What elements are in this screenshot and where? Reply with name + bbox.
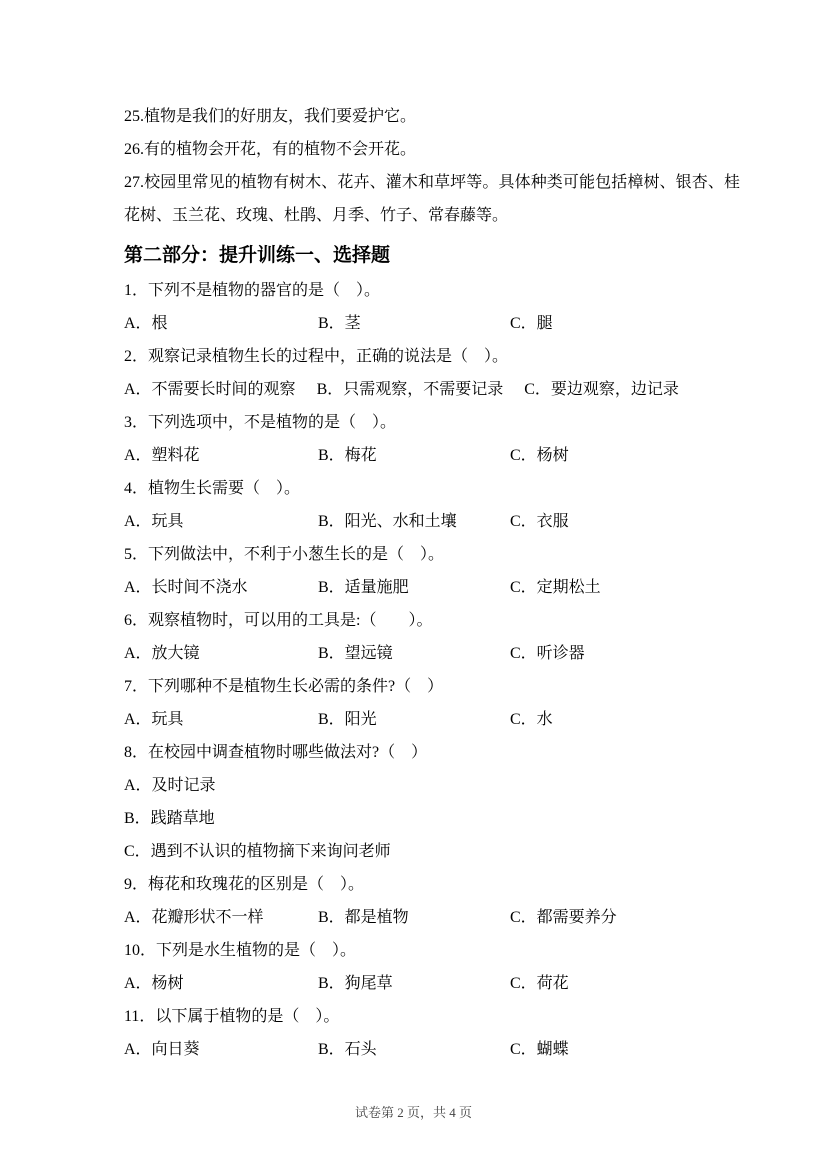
- section-header: 第二部分：提升训练一、选择题: [124, 238, 740, 274]
- option: A．根: [124, 307, 318, 340]
- option: A．向日葵: [124, 1033, 318, 1066]
- question-stem: 3．下列选项中，不是植物的是（ ）。: [124, 406, 740, 439]
- option: C．定期松土: [510, 571, 740, 604]
- option: A．玩具: [124, 703, 318, 736]
- exam-content: 25.植物是我们的好朋友，我们要爱护它。26.有的植物会开花，有的植物不会开花。…: [124, 100, 740, 1066]
- question-stem: 7．下列哪种不是植物生长必需的条件?（ ）: [124, 670, 740, 703]
- question-stem: 6．观察植物时，可以用的工具是:（ ）。: [124, 604, 740, 637]
- option: B．阳光: [318, 703, 510, 736]
- options-row: A．根B．茎C．腿: [124, 307, 740, 340]
- question-stem: 11．以下属于植物的是（ ）。: [124, 1000, 740, 1033]
- question-stem: 5．下列做法中，不利于小葱生长的是（ ）。: [124, 538, 740, 571]
- option: B．都是植物: [318, 901, 510, 934]
- options-row: A．花瓣形状不一样B．都是植物C．都需要养分: [124, 901, 740, 934]
- statement: 25.植物是我们的好朋友，我们要爱护它。: [124, 100, 740, 133]
- option: A．及时记录: [124, 769, 740, 802]
- question-block: 4．植物生长需要（ ）。A．玩具B．阳光、水和土壤C．衣服: [124, 472, 740, 538]
- option: C．衣服: [510, 505, 740, 538]
- option: B．石头: [318, 1033, 510, 1066]
- option: A．不需要长时间的观察: [124, 373, 296, 406]
- question-block: 1．下列不是植物的器官的是（ ）。A．根B．茎C．腿: [124, 274, 740, 340]
- option: B．狗尾草: [318, 967, 510, 1000]
- option: C．水: [510, 703, 740, 736]
- option: C．要边观察，边记录: [524, 373, 679, 406]
- question-block: 2．观察记录植物生长的过程中，正确的说法是（ ）。A．不需要长时间的观察B．只需…: [124, 340, 740, 406]
- page-footer: 试卷第 2 页，共 4 页: [0, 1104, 827, 1122]
- question-stem: 1．下列不是植物的器官的是（ ）。: [124, 274, 740, 307]
- option: B．阳光、水和土壤: [318, 505, 510, 538]
- option: B．望远镜: [318, 637, 510, 670]
- question-block: 6．观察植物时，可以用的工具是:（ ）。A．放大镜B．望远镜C．听诊器: [124, 604, 740, 670]
- option: B．茎: [318, 307, 510, 340]
- option: C．蝴蝶: [510, 1033, 740, 1066]
- options-row: A．放大镜B．望远镜C．听诊器: [124, 637, 740, 670]
- option: A．放大镜: [124, 637, 318, 670]
- option: A．塑料花: [124, 439, 318, 472]
- options-row: A．玩具B．阳光C．水: [124, 703, 740, 736]
- exam-page: 25.植物是我们的好朋友，我们要爱护它。26.有的植物会开花，有的植物不会开花。…: [0, 0, 827, 1169]
- option: A．长时间不浇水: [124, 571, 318, 604]
- option: C．听诊器: [510, 637, 740, 670]
- options-row: A．玩具B．阳光、水和土壤C．衣服: [124, 505, 740, 538]
- questions-section: 1．下列不是植物的器官的是（ ）。A．根B．茎C．腿2．观察记录植物生长的过程中…: [124, 274, 740, 1066]
- option: B．适量施肥: [318, 571, 510, 604]
- option: B．梅花: [318, 439, 510, 472]
- question-block: 8．在校园中调查植物时哪些做法对?（ ）A．及时记录B．践踏草地C．遇到不认识的…: [124, 736, 740, 868]
- option: C．腿: [510, 307, 740, 340]
- question-stem: 2．观察记录植物生长的过程中，正确的说法是（ ）。: [124, 340, 740, 373]
- option: C．荷花: [510, 967, 740, 1000]
- options-row: A．向日葵B．石头C．蝴蝶: [124, 1033, 740, 1066]
- question-block: 3．下列选项中，不是植物的是（ ）。A．塑料花B．梅花C．杨树: [124, 406, 740, 472]
- options-row: A．长时间不浇水B．适量施肥C．定期松土: [124, 571, 740, 604]
- options-row: A．不需要长时间的观察B．只需观察，不需要记录C．要边观察，边记录: [124, 373, 740, 406]
- question-stem: 4．植物生长需要（ ）。: [124, 472, 740, 505]
- options-row: A．杨树B．狗尾草C．荷花: [124, 967, 740, 1000]
- question-block: 9．梅花和玫瑰花的区别是（ ）。A．花瓣形状不一样B．都是植物C．都需要养分: [124, 868, 740, 934]
- option: C．杨树: [510, 439, 740, 472]
- question-stem: 9．梅花和玫瑰花的区别是（ ）。: [124, 868, 740, 901]
- option: A．玩具: [124, 505, 318, 538]
- question-block: 10．下列是水生植物的是（ ）。A．杨树B．狗尾草C．荷花: [124, 934, 740, 1000]
- option: B．只需观察，不需要记录: [317, 373, 504, 406]
- option: C．都需要养分: [510, 901, 740, 934]
- statement: 27.校园里常见的植物有树木、花卉、灌木和草坪等。具体种类可能包括樟树、银杏、桂…: [124, 166, 740, 232]
- option: A．花瓣形状不一样: [124, 901, 318, 934]
- statements-section: 25.植物是我们的好朋友，我们要爱护它。26.有的植物会开花，有的植物不会开花。…: [124, 100, 740, 232]
- option: C．遇到不认识的植物摘下来询问老师: [124, 835, 740, 868]
- option: B．践踏草地: [124, 802, 740, 835]
- question-block: 7．下列哪种不是植物生长必需的条件?（ ）A．玩具B．阳光C．水: [124, 670, 740, 736]
- option: A．杨树: [124, 967, 318, 1000]
- question-stem: 10．下列是水生植物的是（ ）。: [124, 934, 740, 967]
- question-block: 11．以下属于植物的是（ ）。A．向日葵B．石头C．蝴蝶: [124, 1000, 740, 1066]
- options-row: A．塑料花B．梅花C．杨树: [124, 439, 740, 472]
- statement: 26.有的植物会开花，有的植物不会开花。: [124, 133, 740, 166]
- question-stem: 8．在校园中调查植物时哪些做法对?（ ）: [124, 736, 740, 769]
- options-row: A．及时记录B．践踏草地C．遇到不认识的植物摘下来询问老师: [124, 769, 740, 868]
- question-block: 5．下列做法中，不利于小葱生长的是（ ）。A．长时间不浇水B．适量施肥C．定期松…: [124, 538, 740, 604]
